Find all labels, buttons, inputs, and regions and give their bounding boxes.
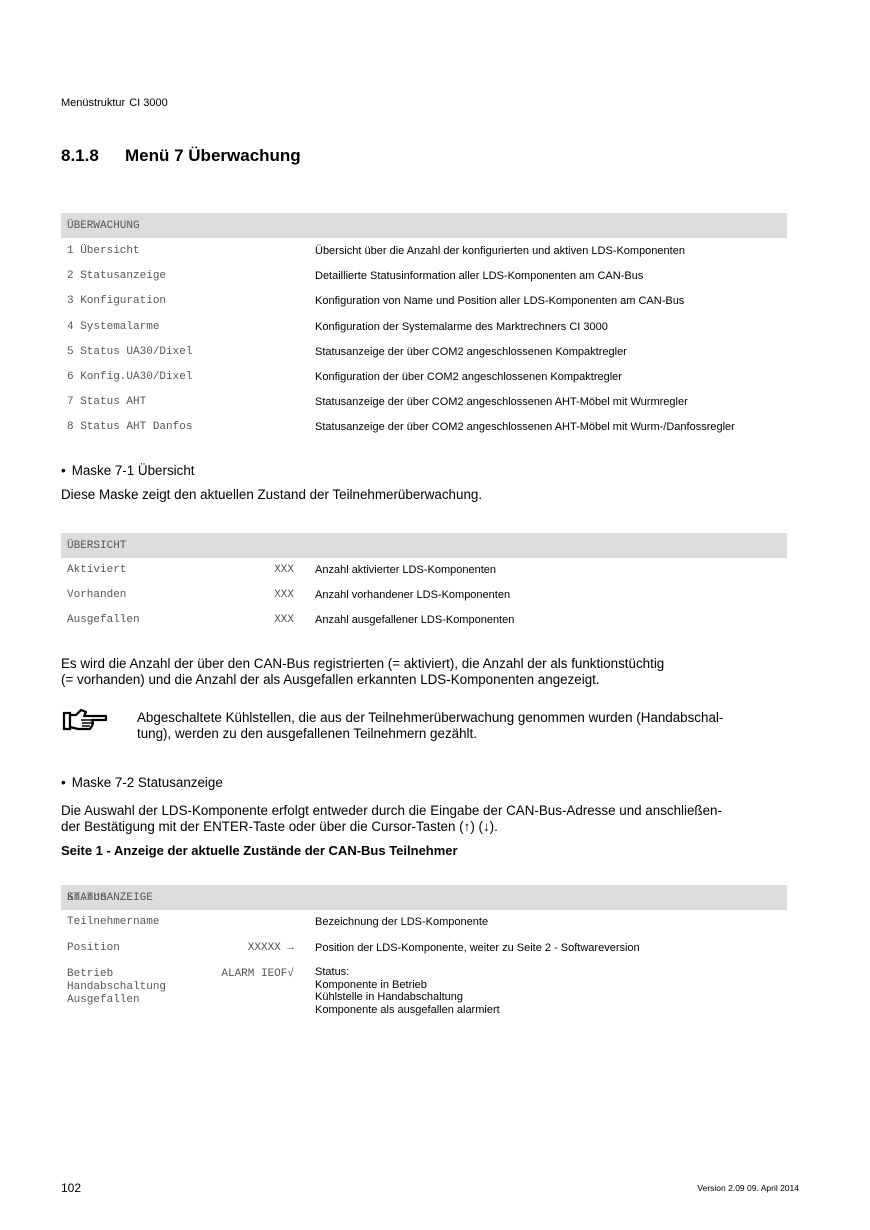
explanation-line: (= vorhanden) und die Anzahl der als Aus… [61,672,600,688]
table-row: 2 StatusanzeigeDetaillierte Statusinform… [61,264,787,289]
status-field-value: XXXXX → [248,942,294,954]
overview-description: Anzahl ausgefallener LDS-Komponenten [315,614,514,626]
table-row: 7 Status AHTStatusanzeige der über COM2 … [61,390,787,415]
overview-label: Ausgefallen [67,614,140,626]
table-row: AktiviertXXXAnzahl aktivierter LDS-Kompo… [61,558,787,583]
status-label: Betrieb [67,968,166,981]
status-description: Komponente in Betrieb [315,979,500,992]
menu-item-label: 8 Status AHT Danfos [67,421,192,433]
status-description: Kühlstelle in Handabschaltung [315,991,500,1004]
running-head: MenüstrukturCI 3000 [61,97,168,109]
note-text: Abgeschaltete Kühlstellen, die aus der T… [137,710,723,742]
overview-label: Vorhanden [67,589,126,601]
status-description: Status: [315,966,500,979]
pointing-hand-icon [62,706,110,736]
overview-description: Anzahl vorhandener LDS-Komponenten [315,589,510,601]
menu-item-description: Statusanzeige der über COM2 angeschlosse… [315,421,735,433]
status-row: Betrieb Handabschaltung Ausgefallen ALAR… [61,961,787,1021]
status-field-label: Teilnehmername [67,916,159,928]
note-line: tung), werden zu den ausgefallenen Teiln… [137,726,723,742]
table-row: 6 Konfig.UA30/DixelKonfiguration der übe… [61,365,787,390]
menu-item-description: Konfiguration der über COM2 angeschlosse… [315,371,622,383]
menu-item-description: Übersicht über die Anzahl der konfigurie… [315,245,685,257]
running-head-part: CI 3000 [129,97,168,109]
section-number: 8.1.8 [61,146,125,166]
mask-7-2-bullet: Maske 7-2 Statusanzeige [61,775,223,791]
status-descriptions: Status: Komponente in Betrieb Kühlstelle… [315,966,500,1016]
menu-item-description: Konfiguration von Name und Position alle… [315,295,684,307]
table-row: VorhandenXXXAnzahl vorhandener LDS-Kompo… [61,583,787,608]
status-field-description: Bezeichnung der LDS-Komponente [315,916,488,928]
status-table-node-number: Kn.nnn [67,892,294,904]
table-row: 5 Status UA30/DixelStatusanzeige der übe… [61,340,787,365]
overview-value: XXX [274,564,294,576]
table-row: 1 ÜbersichtÜbersicht über die Anzahl der… [61,239,787,264]
status-field-label: Position [67,942,120,954]
mask-7-2-subheading: Seite 1 - Anzeige der aktuelle Zustände … [61,843,458,858]
overview-table-header: ÜBERSICHT [61,533,787,558]
overview-table-title: ÜBERSICHT [67,540,126,552]
menu-item-description: Statusanzeige der über COM2 angeschlosse… [315,346,627,358]
menu-item-description: Statusanzeige der über COM2 angeschlosse… [315,396,688,408]
overview-value: XXX [274,614,294,626]
status-table-header: STATUSANZEIGE Kn.nnn [61,885,787,910]
table-row: 4 SystemalarmeKonfiguration der Systemal… [61,315,787,340]
section-title-text: Menü 7 Überwachung [125,146,301,165]
mask-7-1-intro: Diese Maske zeigt den aktuellen Zustand … [61,487,482,503]
table-row: PositionXXXXX →Position der LDS-Komponen… [61,936,787,961]
mask-7-2-intro-line: Die Auswahl der LDS-Komponente erfolgt e… [61,803,722,819]
menu-item-label: 1 Übersicht [67,245,140,257]
note-line: Abgeschaltete Kühlstellen, die aus der T… [137,710,723,726]
overview-label: Aktiviert [67,564,126,576]
mask-7-2-intro-line: der Bestätigung mit der ENTER-Taste oder… [61,819,498,835]
explanation-line: Es wird die Anzahl der über den CAN-Bus … [61,656,664,672]
overview-value: XXX [274,589,294,601]
menu-table-title: ÜBERWACHUNG [67,220,140,232]
version-info: Version 2.09 09. April 2014 [697,1183,799,1193]
page-number: 102 [61,1181,81,1195]
running-head-part: Menüstruktur [61,97,125,109]
section-title: 8.1.8Menü 7 Überwachung [61,146,301,166]
menu-item-label: 5 Status UA30/Dixel [67,346,192,358]
menu-item-description: Detaillierte Statusinformation aller LDS… [315,270,643,282]
menu-item-label: 7 Status AHT [67,396,146,408]
overview-description: Anzahl aktivierter LDS-Komponenten [315,564,496,576]
table-row: 8 Status AHT DanfosStatusanzeige der übe… [61,415,787,440]
menu-item-description: Konfiguration der Systemalarme des Markt… [315,321,608,333]
menu-item-label: 6 Konfig.UA30/Dixel [67,371,192,383]
menu-item-label: 4 Systemalarme [67,321,159,333]
status-description: Komponente als ausgefallen alarmiert [315,1004,500,1017]
mask-7-1-bullet: Maske 7-1 Übersicht [61,463,195,479]
status-label: Handabschaltung [67,981,166,994]
status-labels: Betrieb Handabschaltung Ausgefallen [67,968,166,1007]
table-row: TeilnehmernameBezeichnung der LDS-Kompon… [61,910,787,935]
menu-item-label: 3 Konfiguration [67,295,166,307]
menu-table-header: ÜBERWACHUNG [61,213,787,238]
menu-item-label: 2 Statusanzeige [67,270,166,282]
table-row: AusgefallenXXXAnzahl ausgefallener LDS-K… [61,608,787,633]
status-value: ALARM IEOF√ [221,968,294,980]
status-field-description: Position der LDS-Komponente, weiter zu S… [315,942,640,954]
table-row: 3 KonfigurationKonfiguration von Name un… [61,289,787,314]
status-label: Ausgefallen [67,994,166,1007]
